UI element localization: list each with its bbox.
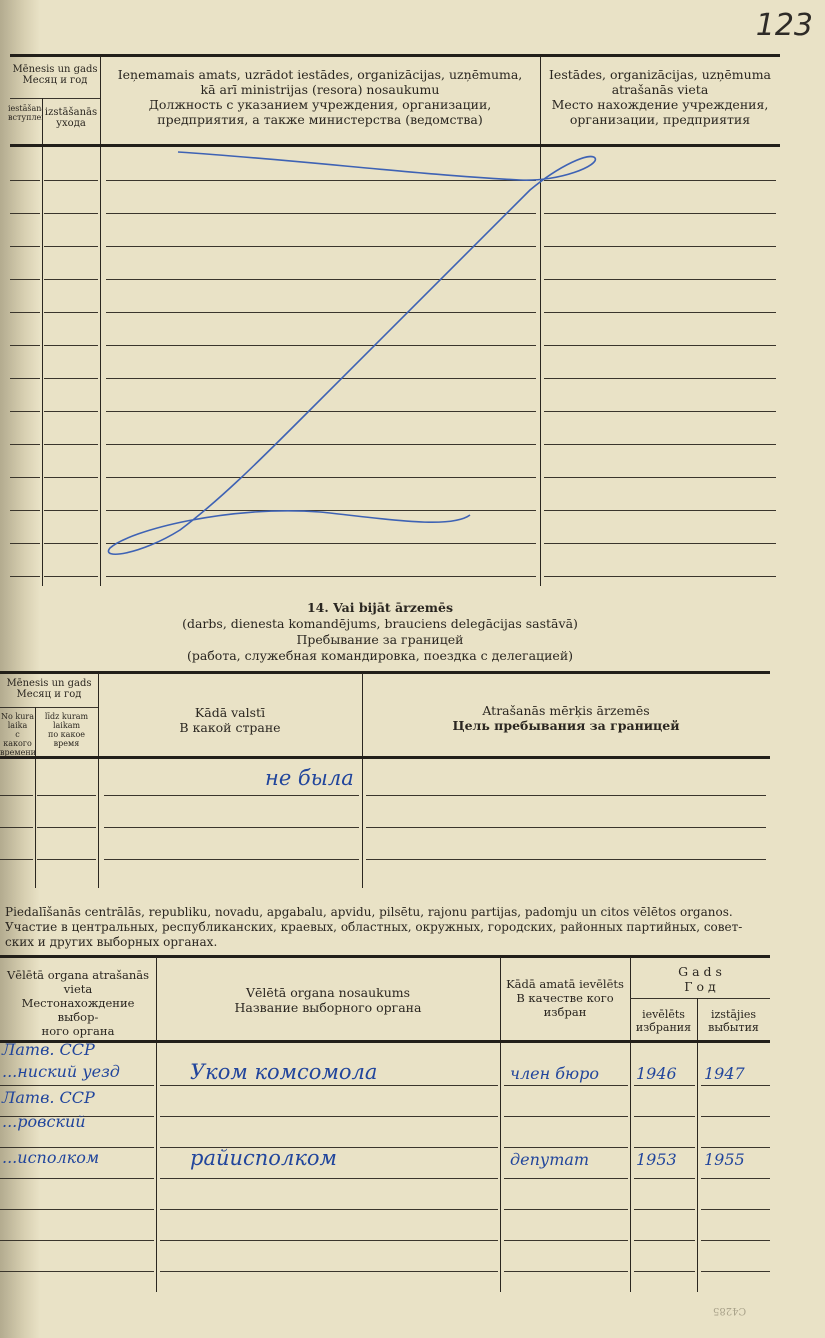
row2-organ: райисполком [190, 1146, 337, 1170]
ruled-line [160, 1209, 498, 1210]
archive-stamp: C4285 [713, 1305, 746, 1316]
ruled-line [701, 1209, 770, 1210]
elected-header-name: Vēlētā organa nosaukums Название выборно… [156, 985, 500, 1015]
ruled-line [701, 1116, 770, 1117]
ruled-line [634, 1147, 695, 1148]
row1-location-line1: Латв. ССР [2, 1040, 95, 1059]
row2-location-line2: ...ровский [2, 1112, 86, 1131]
abroad-header-month-year: Mēnesis un gads Месяц и год [0, 678, 98, 700]
ruled-line [104, 795, 359, 796]
ruled-line [701, 1085, 770, 1086]
ruled-line [504, 1178, 628, 1179]
abroad-header-country: Kādā valstī В какой стране [98, 705, 362, 735]
ruled-line [701, 1147, 770, 1148]
ruled-line [701, 1240, 770, 1241]
elected-header-left: izstājies выбытия [697, 1008, 770, 1034]
ruled-line [104, 827, 359, 828]
ruled-line [0, 859, 33, 860]
ruled-line [37, 795, 96, 796]
elected-header-location: Vēlētā organa atrašanās vieta Местонахож… [0, 968, 156, 1038]
abroad-header-from: No kura laika с какого времени [0, 712, 35, 757]
ruled-line [634, 1085, 695, 1086]
ruled-line [634, 1240, 695, 1241]
ruled-line [0, 1240, 154, 1241]
ruled-line [160, 1178, 498, 1179]
row1-left-year: 1947 [704, 1064, 745, 1083]
ruled-line [37, 827, 96, 828]
ruled-line [160, 1085, 498, 1086]
ruled-line [366, 795, 766, 796]
ruled-line [104, 859, 359, 860]
ruled-line [701, 1178, 770, 1179]
section14-title: 14. Vai bijāt ārzemēs (darbs, dienesta k… [100, 600, 660, 664]
ruled-line [160, 1271, 498, 1272]
ruled-line [0, 1209, 154, 1210]
row1-location-line2: ...ниский уезд [2, 1062, 120, 1081]
ruled-line [701, 1271, 770, 1272]
ruled-line [37, 859, 96, 860]
ruled-line [504, 1209, 628, 1210]
row1-role: член бюро [510, 1064, 599, 1083]
handwritten-not-abroad: не была [265, 766, 354, 790]
row2-role: депутат [510, 1150, 589, 1169]
row2-left-year: 1955 [704, 1150, 745, 1169]
row2-location-line3: ...исполком [2, 1148, 99, 1167]
ruled-line [160, 1240, 498, 1241]
ruled-line [504, 1240, 628, 1241]
row1-organ: Уком комсомола [190, 1060, 377, 1084]
ruled-line [160, 1116, 498, 1117]
elected-header-elected: ievēlēts избрания [630, 1008, 697, 1034]
crossout-z-line [0, 0, 825, 600]
row2-elected-year: 1953 [636, 1150, 677, 1169]
elected-intro: Piedalīšanās centrālās, republiku, novad… [5, 905, 820, 950]
ruled-line [504, 1116, 628, 1117]
row2-location-line1: Латв. ССР [2, 1088, 95, 1107]
elected-header-role: Kādā amatā ievēlēts В качестве кого избр… [500, 977, 630, 1019]
ruled-line [366, 827, 766, 828]
ruled-line [366, 859, 766, 860]
elected-header-year: G a d s Г о д [630, 964, 770, 994]
ruled-line [634, 1209, 695, 1210]
abroad-header-to: līdz kuram laikam по какое время [35, 712, 98, 748]
abroad-header-purpose: Atrašanās mērķis ārzemēs Цель пребывания… [362, 703, 770, 733]
ruled-line [504, 1271, 628, 1272]
ruled-line [0, 1178, 154, 1179]
row1-elected-year: 1946 [636, 1064, 677, 1083]
ruled-line [504, 1085, 628, 1086]
ruled-line [0, 1271, 154, 1272]
ruled-line [0, 795, 33, 796]
ruled-line [634, 1271, 695, 1272]
ruled-line [0, 827, 33, 828]
ruled-line [634, 1178, 695, 1179]
ruled-line [504, 1147, 628, 1148]
ruled-line [634, 1116, 695, 1117]
ruled-line [0, 1085, 154, 1086]
